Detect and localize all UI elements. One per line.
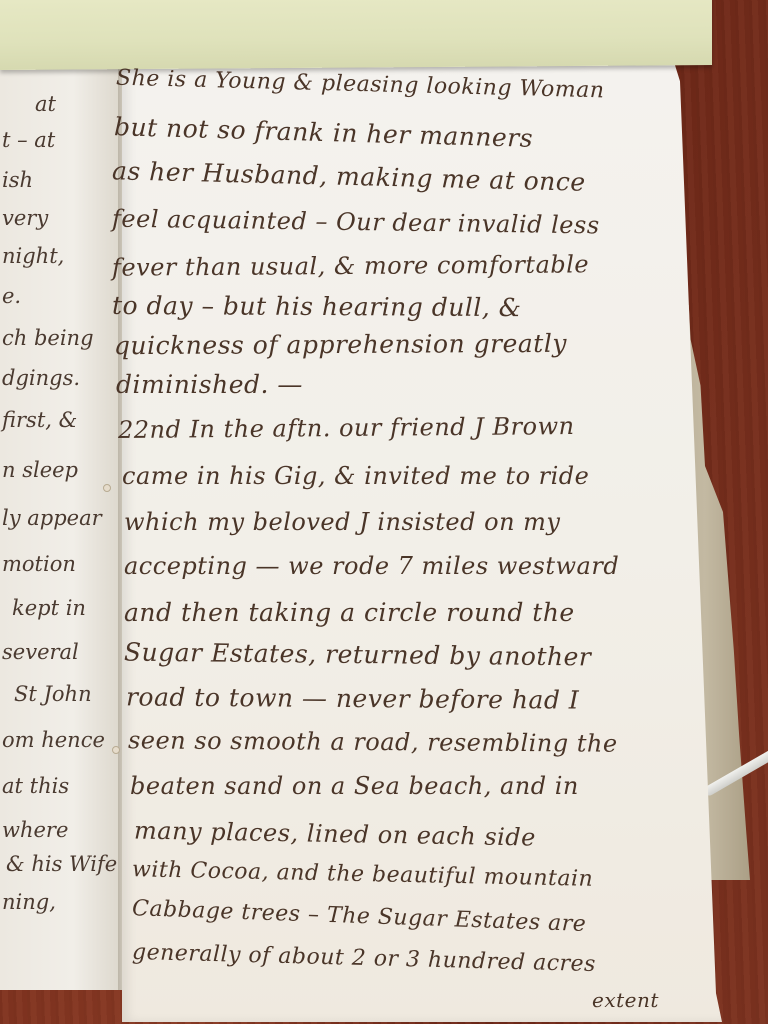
manuscript-line: beaten sand on a Sea beach, and in [130,772,579,800]
left-line: first, & [2,408,77,432]
manuscript-line: road to town — never before had I [126,682,579,714]
manuscript-line: to day – but his hearing dull, & [112,291,522,322]
binding-stitch [112,746,120,754]
manuscript-line: diminished. — [116,370,303,399]
left-line: very [2,206,48,230]
binding-stitch [103,484,111,492]
left-line: ch being [2,326,94,350]
manuscript-line: Sugar Estates, returned by another [124,638,592,672]
left-line: & his Wife [6,852,117,876]
yellow-paper-sheet [0,0,712,70]
left-line: where [2,818,68,842]
left-line: dgings. [2,366,80,390]
left-line: ish [2,168,33,192]
left-line: night, [2,244,64,268]
manuscript-line: which my beloved J insisted on my [124,508,560,536]
manuscript-line: seen so smooth a road, resembling the [128,726,618,757]
left-line: ly appear [2,506,102,530]
left-line: St John [14,682,92,706]
left-line: t – at [2,128,55,152]
left-line: at [35,92,56,116]
manuscript-catchword: extent [592,988,659,1012]
left-line: n sleep [2,458,78,482]
manuscript-line: 22nd In the aftn. our friend J Brown [118,412,575,444]
left-line: om hence [2,728,105,752]
manuscript-line: quickness of apprehension greatly [114,329,567,360]
left-line: e. [2,284,21,308]
left-line: ning, [2,890,56,914]
left-line: motion [2,552,76,576]
left-line: kept in [12,596,86,620]
manuscript-line: accepting — we rode 7 miles westward [124,552,619,580]
manuscript-line: fever than usual, & more comfortable [112,250,589,281]
left-line: at this [2,774,69,798]
manuscript-line: and then taking a circle round the [124,598,575,627]
manuscript-line: came in his Gig, & invited me to ride [122,462,589,490]
left-line: several [2,640,79,664]
